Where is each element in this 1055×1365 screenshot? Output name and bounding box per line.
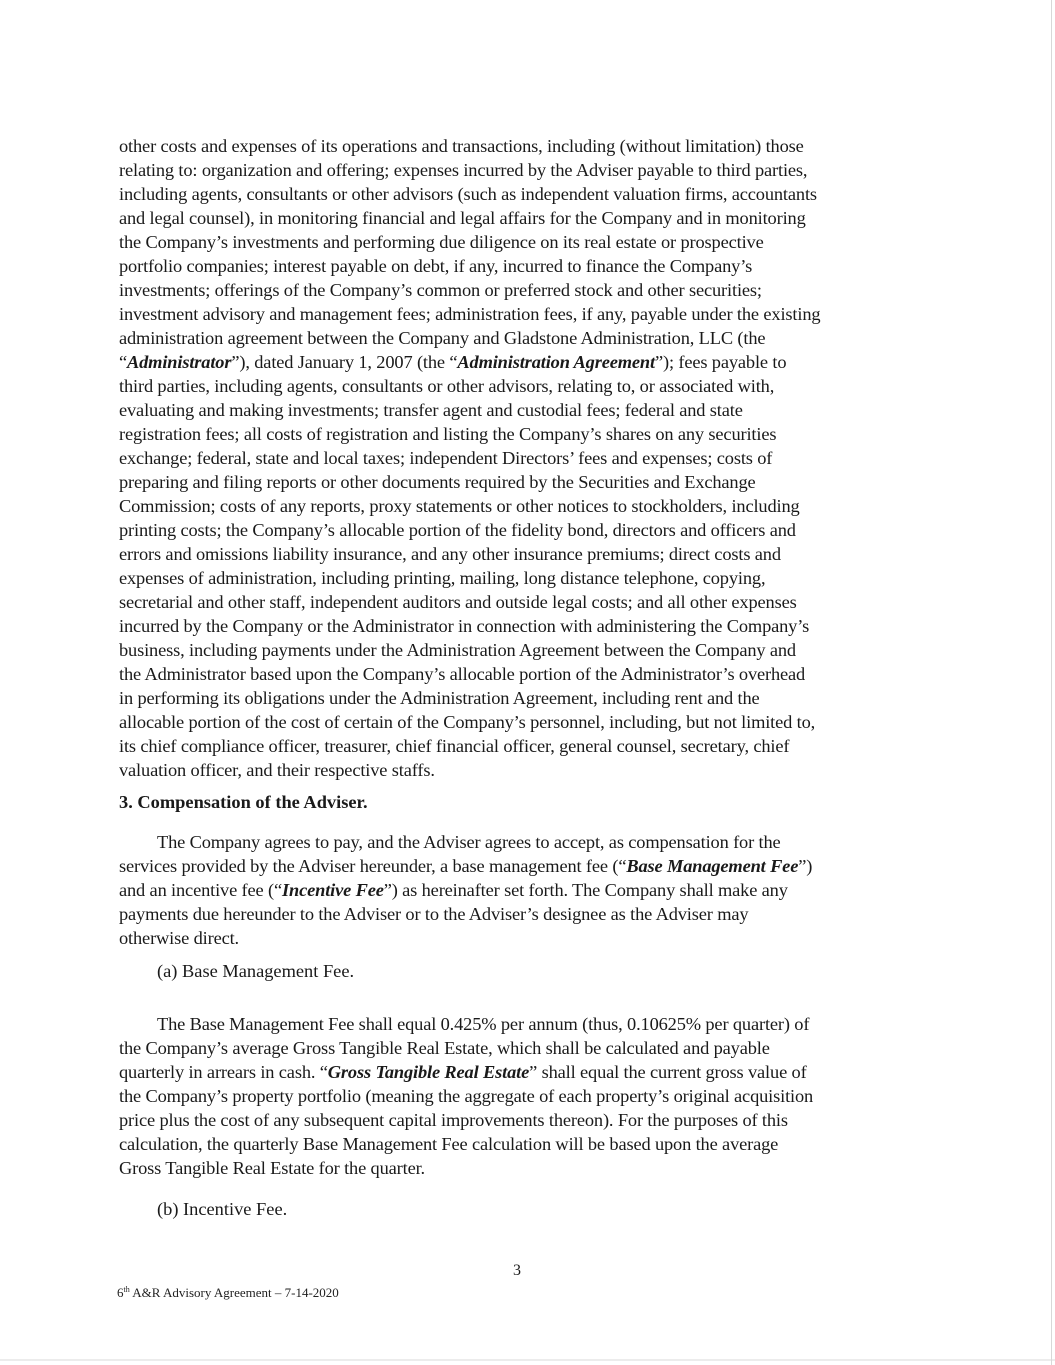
defined-term-administrator: Administrator bbox=[127, 352, 231, 372]
text-line: third parties, including agents, consult… bbox=[119, 374, 939, 398]
text-line: investments; offerings of the Company’s … bbox=[119, 278, 939, 302]
text-line: The Company agrees to pay, and the Advis… bbox=[119, 830, 812, 854]
document-page: other costs and expenses of its operatio… bbox=[0, 0, 1055, 1365]
text-line: valuation officer, and their respective … bbox=[119, 758, 939, 782]
text-line: the Company’s property portfolio (meanin… bbox=[119, 1084, 813, 1108]
text-fragment: ” shall equal the current gross value of bbox=[529, 1062, 806, 1082]
text-line: evaluating and making investments; trans… bbox=[119, 398, 939, 422]
text-fragment: quarterly in arrears in cash. “ bbox=[119, 1062, 328, 1082]
text-line: printing costs; the Company’s allocable … bbox=[119, 518, 939, 542]
continued-expenses-paragraph: other costs and expenses of its operatio… bbox=[119, 134, 939, 782]
text-line: errors and omissions liability insurance… bbox=[119, 542, 939, 566]
text-line: the Company’s average Gross Tangible Rea… bbox=[119, 1036, 813, 1060]
quote-open: “ bbox=[119, 352, 127, 372]
section-heading-compensation: 3. Compensation of the Adviser. bbox=[119, 790, 368, 814]
text-line: preparing and filing reports or other do… bbox=[119, 470, 939, 494]
text-fragment: and an incentive fee (“ bbox=[119, 880, 282, 900]
defined-term-incentive-fee: Incentive Fee bbox=[282, 880, 384, 900]
text-fragment: ”), dated January 1, 2007 (the “ bbox=[231, 352, 457, 372]
text-line: calculation, the quarterly Base Manageme… bbox=[119, 1132, 813, 1156]
subsection-heading-incentive-fee: (b) Incentive Fee. bbox=[157, 1197, 287, 1221]
text-line: registration fees; all costs of registra… bbox=[119, 422, 939, 446]
text-line: and legal counsel), in monitoring financ… bbox=[119, 206, 939, 230]
text-line: its chief compliance officer, treasurer,… bbox=[119, 734, 939, 758]
text-line: Commission; costs of any reports, proxy … bbox=[119, 494, 939, 518]
base-management-fee-paragraph: The Base Management Fee shall equal 0.42… bbox=[119, 1012, 813, 1180]
text-line: exchange; federal, state and local taxes… bbox=[119, 446, 939, 470]
defined-term-administration-agreement: Administration Agreement bbox=[457, 352, 655, 372]
text-fragment: services provided by the Adviser hereund… bbox=[119, 856, 626, 876]
text-line: incurred by the Company or the Administr… bbox=[119, 614, 939, 638]
text-line: business, including payments under the A… bbox=[119, 638, 939, 662]
text-line: The Base Management Fee shall equal 0.42… bbox=[119, 1012, 813, 1036]
text-line: other costs and expenses of its operatio… bbox=[119, 134, 939, 158]
text-line: the Company’s investments and performing… bbox=[119, 230, 939, 254]
text-line-defined-term: and an incentive fee (“Incentive Fee”) a… bbox=[119, 878, 812, 902]
text-line: otherwise direct. bbox=[119, 926, 812, 950]
text-line: Gross Tangible Real Estate for the quart… bbox=[119, 1156, 813, 1180]
text-line: payments due hereunder to the Adviser or… bbox=[119, 902, 812, 926]
footer-document-label: 6th A&R Advisory Agreement – 7-14-2020 bbox=[117, 1285, 339, 1301]
text-fragment: ”); fees payable to bbox=[655, 352, 786, 372]
text-line: the Administrator based upon the Company… bbox=[119, 662, 939, 686]
page-number: 3 bbox=[513, 1262, 521, 1280]
compensation-paragraph: The Company agrees to pay, and the Advis… bbox=[119, 830, 812, 950]
text-line-defined-terms: “Administrator”), dated January 1, 2007 … bbox=[119, 350, 939, 374]
defined-term-gross-tangible-real-estate: Gross Tangible Real Estate bbox=[328, 1062, 529, 1082]
text-fragment: ”) as hereinafter set forth. The Company… bbox=[384, 880, 788, 900]
text-line: in performing its obligations under the … bbox=[119, 686, 939, 710]
text-line: administration agreement between the Com… bbox=[119, 326, 939, 350]
subsection-heading-base-management-fee: (a) Base Management Fee. bbox=[157, 959, 354, 983]
text-line: investment advisory and management fees;… bbox=[119, 302, 939, 326]
text-line: including agents, consultants or other a… bbox=[119, 182, 939, 206]
text-line: portfolio companies; interest payable on… bbox=[119, 254, 939, 278]
footer-text: A&R Advisory Agreement – 7-14-2020 bbox=[130, 1285, 339, 1300]
text-line-defined-term: quarterly in arrears in cash. “Gross Tan… bbox=[119, 1060, 813, 1084]
defined-term-base-management-fee: Base Management Fee bbox=[626, 856, 798, 876]
text-line: allocable portion of the cost of certain… bbox=[119, 710, 939, 734]
text-line: secretarial and other staff, independent… bbox=[119, 590, 939, 614]
text-line: expenses of administration, including pr… bbox=[119, 566, 939, 590]
text-line: relating to: organization and offering; … bbox=[119, 158, 939, 182]
text-line-defined-term: services provided by the Adviser hereund… bbox=[119, 854, 812, 878]
text-fragment: ”) bbox=[798, 856, 812, 876]
text-line: price plus the cost of any subsequent ca… bbox=[119, 1108, 813, 1132]
